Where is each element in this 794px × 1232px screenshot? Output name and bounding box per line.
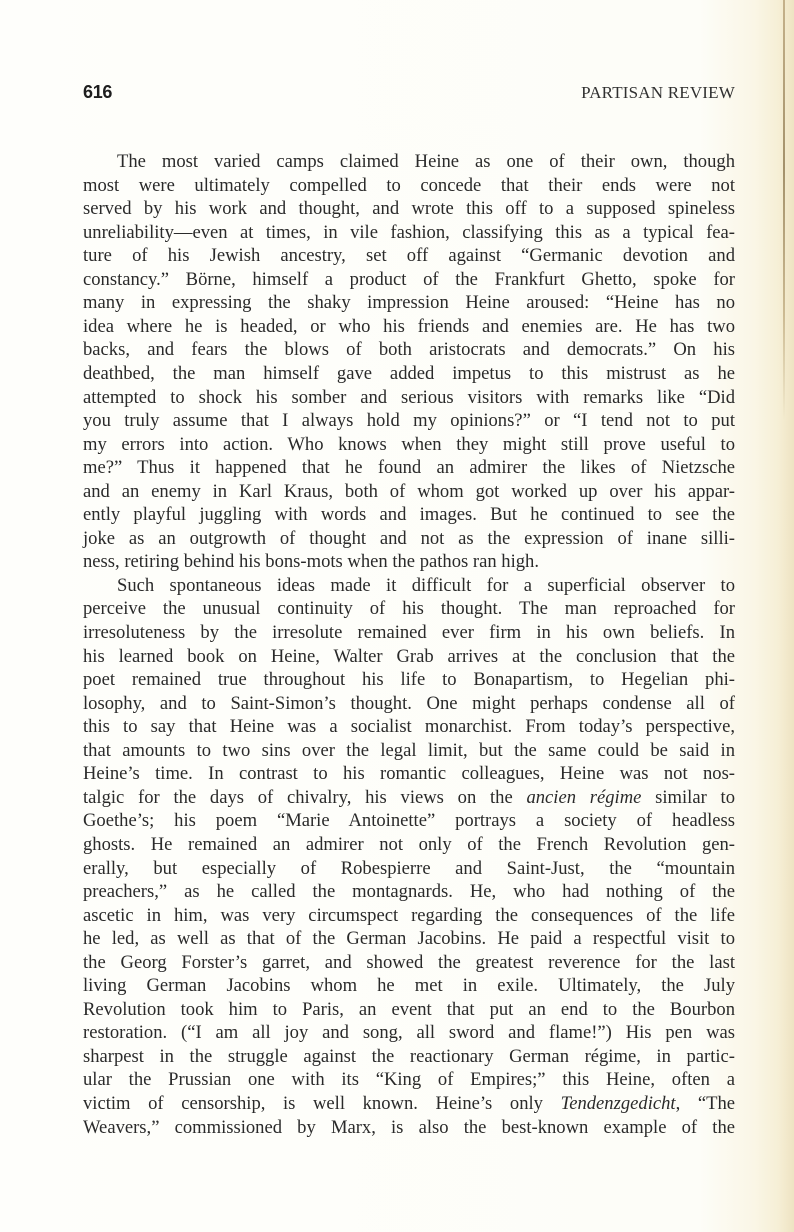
running-header: 616 PARTISAN REVIEW [83,82,735,106]
text-line: my errors into action. Who knows when th… [83,433,735,457]
page-gutter-edge [783,0,785,420]
text-line: ently playful juggling with words and im… [83,503,735,527]
text-line: victim of censorship, is well known. Hei… [83,1092,735,1116]
text-line: ular the Prussian one with its “King of … [83,1068,735,1092]
text-line: idea where he is headed, or who his frie… [83,315,735,339]
text-line: perceive the unusual continuity of his t… [83,597,735,621]
text-line: irresoluteness by the irresolute remaine… [83,621,735,645]
text-line: Such spontaneous ideas made it difficult… [117,574,735,598]
text-line: poet remained true throughout his life t… [83,668,735,692]
book-page: 616 PARTISAN REVIEW The most varied camp… [0,0,794,1232]
text-line: erally, but especially of Robespierre an… [83,857,735,881]
text-line: The most varied camps claimed Heine as o… [117,150,735,174]
text-line: served by his work and thought, and wrot… [83,197,735,221]
text-line: many in expressing the shaky impression … [83,291,735,315]
text-line: his learned book on Heine, Walter Grab a… [83,645,735,669]
text-line: joke as an outgrowth of thought and not … [83,527,735,551]
text-line: Weavers,” commissioned by Marx, is also … [83,1116,735,1140]
text-line: Heine’s time. In contrast to his romanti… [83,762,735,786]
text-line: and an enemy in Karl Kraus, both of whom… [83,480,735,504]
text-line: you truly assume that I always hold my o… [83,409,735,433]
text-line: ghosts. He remained an admirer not only … [83,833,735,857]
text-line: this to say that Heine was a socialist m… [83,715,735,739]
text-line: preachers,” as he called the montagnards… [83,880,735,904]
text-line: sharpest in the struggle against the rea… [83,1045,735,1069]
text-line: deathbed, the man himself gave added imp… [83,362,735,386]
text-line: ture of his Jewish ancestry, set off aga… [83,244,735,268]
text-line: talgic for the days of chivalry, his vie… [83,786,735,810]
journal-title: PARTISAN REVIEW [581,83,735,103]
text-line: most were ultimately compelled to conced… [83,174,735,198]
text-line: me?” Thus it happened that he found an a… [83,456,735,480]
text-line: restoration. (“I am all joy and song, al… [83,1021,735,1045]
page-number: 616 [83,82,112,103]
italic-term: Tendenzgedicht [561,1093,676,1114]
text-line: ascetic in him, was very circumspect reg… [83,904,735,928]
text-line: he led, as well as that of the German Ja… [83,927,735,951]
text-line: constancy.” Börne, himself a product of … [83,268,735,292]
text-line: that amounts to two sins over the legal … [83,739,735,763]
text-line: Goethe’s; his poem “Marie Antoinette” po… [83,809,735,833]
text-line: attempted to shock his somber and seriou… [83,386,735,410]
text-line: Revolution took him to Paris, an event t… [83,998,735,1022]
text-line: backs, and fears the blows of both arist… [83,338,735,362]
italic-term: ancien régime [526,787,641,808]
text-line: ness, retiring behind his bons-mots when… [83,550,735,574]
text-line: the Georg Forster’s garret, and showed t… [83,951,735,975]
text-line: losophy, and to Saint-Simon’s thought. O… [83,692,735,716]
text-line: unreliability—even at times, in vile fas… [83,221,735,245]
text-line: living German Jacobins whom he met in ex… [83,974,735,998]
